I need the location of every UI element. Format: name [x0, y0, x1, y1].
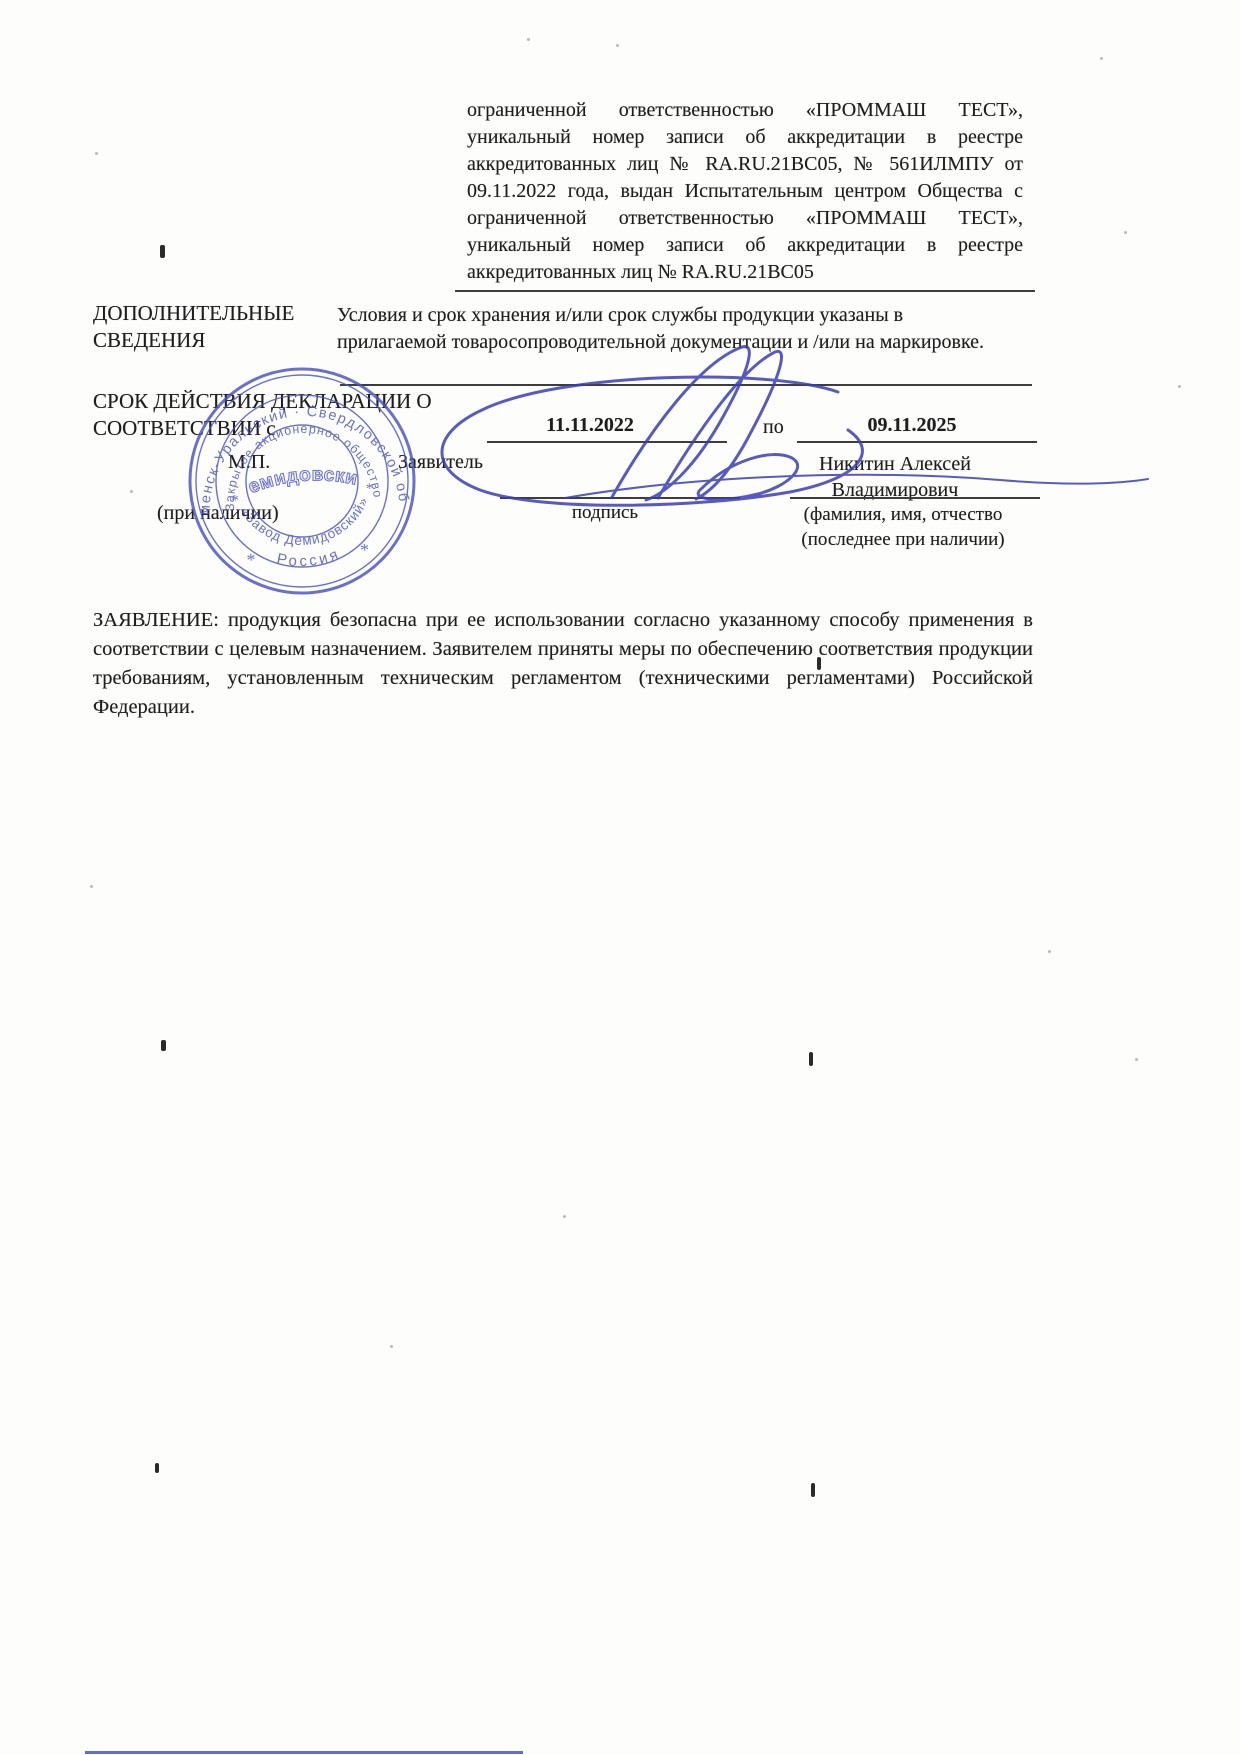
stamp-factory-text: «Завод Демидовский»: [237, 493, 375, 553]
label-line: ДОПОЛНИТЕЛЬНЫЕ: [93, 300, 333, 327]
scan-edge-artifact: [85, 1751, 523, 1754]
signature-stroke: [612, 347, 749, 500]
statement-line: соответствии с целевым назначением. Заяв…: [93, 635, 1033, 664]
statement-line: требованиям, установленным техническим р…: [93, 664, 1033, 693]
scan-dot: [1048, 950, 1051, 953]
stamp-asterisk: *: [246, 549, 257, 570]
paragraph-line: уникальный номер записи об аккредитации …: [467, 232, 1023, 259]
scan-dot: [563, 1215, 566, 1218]
scan-speck: [160, 245, 165, 258]
paragraph-line: аккредитованных лиц № RA.RU.21ВС05: [467, 259, 1023, 286]
scan-speck: [161, 1040, 166, 1051]
scan-dot: [527, 38, 530, 41]
paragraph-line: ограниченной ответственностью «ПРОММАШ Т…: [467, 97, 1023, 124]
scan-dot: [390, 1345, 393, 1348]
stamp-asterisk: *: [231, 493, 240, 510]
paragraph-line: ограниченной ответственностью «ПРОММАШ Т…: [467, 205, 1023, 232]
scan-speck: [809, 1052, 813, 1066]
scanned-declaration-page: { "accreditation_continuation": { "lines…: [0, 0, 1240, 1755]
scan-dot: [1135, 1058, 1138, 1061]
statement-paragraph: ЗАЯВЛЕНИЕ: продукция безопасна при ее ис…: [93, 606, 1033, 722]
handwritten-signature: [400, 330, 1200, 530]
scan-speck: [817, 657, 821, 670]
scan-speck: [155, 1463, 159, 1473]
scan-dot: [1100, 57, 1103, 60]
stamp-asterisk: *: [359, 539, 370, 560]
paragraph-line: 09.11.2022 года, выдан Испытательным цен…: [467, 178, 1023, 205]
paragraph-line: уникальный номер записи об аккредитации …: [467, 124, 1023, 151]
stamp-logo-word: Демидовский: [245, 460, 361, 499]
text-line: Условия и срок хранения и/или срок служб…: [337, 302, 1037, 329]
statement-line: Федерации.: [93, 693, 1033, 722]
scan-dot: [90, 885, 93, 888]
accreditation-continuation-paragraph: ограниченной ответственностью «ПРОММАШ Т…: [467, 97, 1023, 286]
additional-info-label: ДОПОЛНИТЕЛЬНЫЕ СВЕДЕНИЯ: [93, 300, 333, 354]
scan-dot: [616, 44, 619, 47]
stamp-asterisk: *: [365, 481, 374, 498]
scan-speck: [811, 1483, 815, 1497]
caption-line: (последнее при наличии): [758, 527, 1048, 552]
stamp-country-text: Россия: [274, 545, 344, 573]
signature-stroke: [565, 475, 1148, 498]
scan-dot: [1124, 231, 1127, 234]
scan-dot: [130, 490, 133, 493]
paragraph-line: аккредитованных лиц № RA.RU.21ВС05, № 56…: [467, 151, 1023, 178]
stamp-outer-ring-text: Каменск-Уральский · Свердловской обл.: [189, 395, 412, 520]
scan-dot: [95, 152, 98, 155]
company-round-stamp: Каменск-Уральский · Свердловской обл. Ро…: [171, 350, 433, 612]
form-line: [455, 290, 1035, 292]
